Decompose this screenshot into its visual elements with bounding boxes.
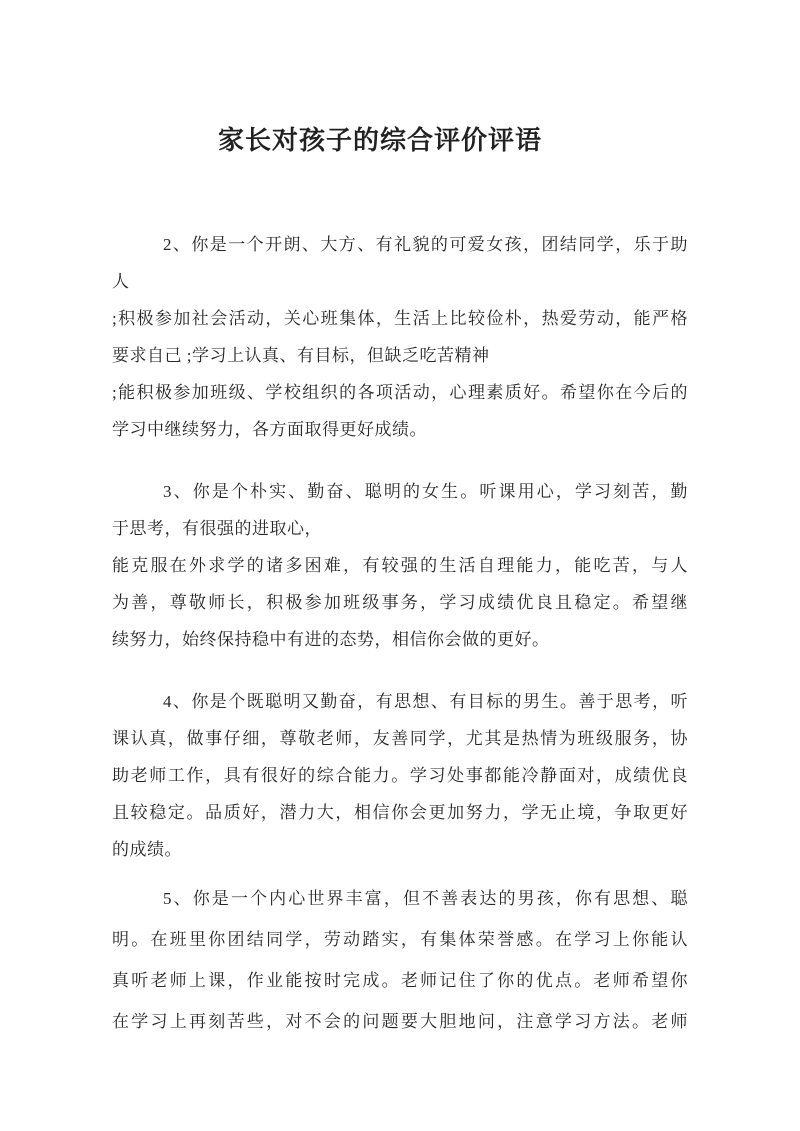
document-body: 2、你是一个开朗、大方、有礼貌的可爱女孩，团结同学，乐于助人;积极参加社会活动，… bbox=[112, 226, 688, 1067]
text-line: 3、你是个朴实、勤奋、聪明的女生。听课用心，学习刻苦，勤 bbox=[112, 473, 688, 510]
document-title: 家长对孩子的综合评价评语 bbox=[112, 120, 688, 157]
text-line: 真听老师上课，作业能按时完成。老师记住了你的优点。老师希望你 bbox=[112, 960, 688, 1001]
paragraph: 4、你是个既聪明又勤奋，有思想、有目标的男生。善于思考，听课认真，做事仔细，尊敬… bbox=[112, 683, 688, 868]
paragraph: 5、你是一个内心世界丰富，但不善表达的男孩，你有思想、聪明。在班里你团结同学，劳… bbox=[112, 878, 688, 1042]
text-line: 人 bbox=[112, 263, 688, 300]
text-line: 续努力，始终保持稳中有进的态势，相信你会做的更好。 bbox=[112, 621, 688, 658]
text-line: 的成绩。 bbox=[112, 831, 688, 868]
text-line: 2、你是一个开朗、大方、有礼貌的可爱女孩，团结同学，乐于助 bbox=[112, 226, 688, 263]
text-line: 能克服在外求学的诸多困难，有较强的生活自理能力，能吃苦，与人 bbox=[112, 547, 688, 584]
text-line: 明。在班里你团结同学，劳动踏实，有集体荣誉感。在学习上你能认 bbox=[112, 919, 688, 960]
paragraph: 2、你是一个开朗、大方、有礼貌的可爱女孩，团结同学，乐于助人;积极参加社会活动，… bbox=[112, 226, 688, 448]
text-line: 于思考，有很强的进取心， bbox=[112, 510, 688, 547]
text-line: ;能积极参加班级、学校组织的各项活动，心理素质好。希望你在今后的 bbox=[112, 374, 688, 411]
text-line: 为善，尊敬师长，积极参加班级事务，学习成绩优良且稳定。希望继 bbox=[112, 584, 688, 621]
text-line: ;积极参加社会活动，关心班集体，生活上比较俭朴，热爱劳动，能严格 bbox=[112, 300, 688, 337]
text-line: 助老师工作，具有很好的综合能力。学习处事都能冷静面对，成绩优良 bbox=[112, 757, 688, 794]
text-line: 学习中继续努力，各方面取得更好成绩。 bbox=[112, 411, 688, 448]
paragraph: 3、你是个朴实、勤奋、聪明的女生。听课用心，学习刻苦，勤于思考，有很强的进取心，… bbox=[112, 473, 688, 658]
text-line: 5、你是一个内心世界丰富，但不善表达的男孩，你有思想、聪 bbox=[112, 878, 688, 919]
text-line: 在学习上再刻苦些，对不会的问题要大胆地问，注意学习方法。老师 bbox=[112, 1001, 688, 1042]
text-line: 课认真，做事仔细，尊敬老师，友善同学，尤其是热情为班级服务，协 bbox=[112, 720, 688, 757]
text-line: 要求自己 ;学习上认真、有目标，但缺乏吃苦精神 bbox=[112, 337, 688, 374]
document-page: 家长对孩子的综合评价评语 2、你是一个开朗、大方、有礼貌的可爱女孩，团结同学，乐… bbox=[0, 0, 800, 1131]
text-line: 4、你是个既聪明又勤奋，有思想、有目标的男生。善于思考，听 bbox=[112, 683, 688, 720]
text-line: 且较稳定。品质好，潜力大，相信你会更加努力，学无止境，争取更好 bbox=[112, 794, 688, 831]
